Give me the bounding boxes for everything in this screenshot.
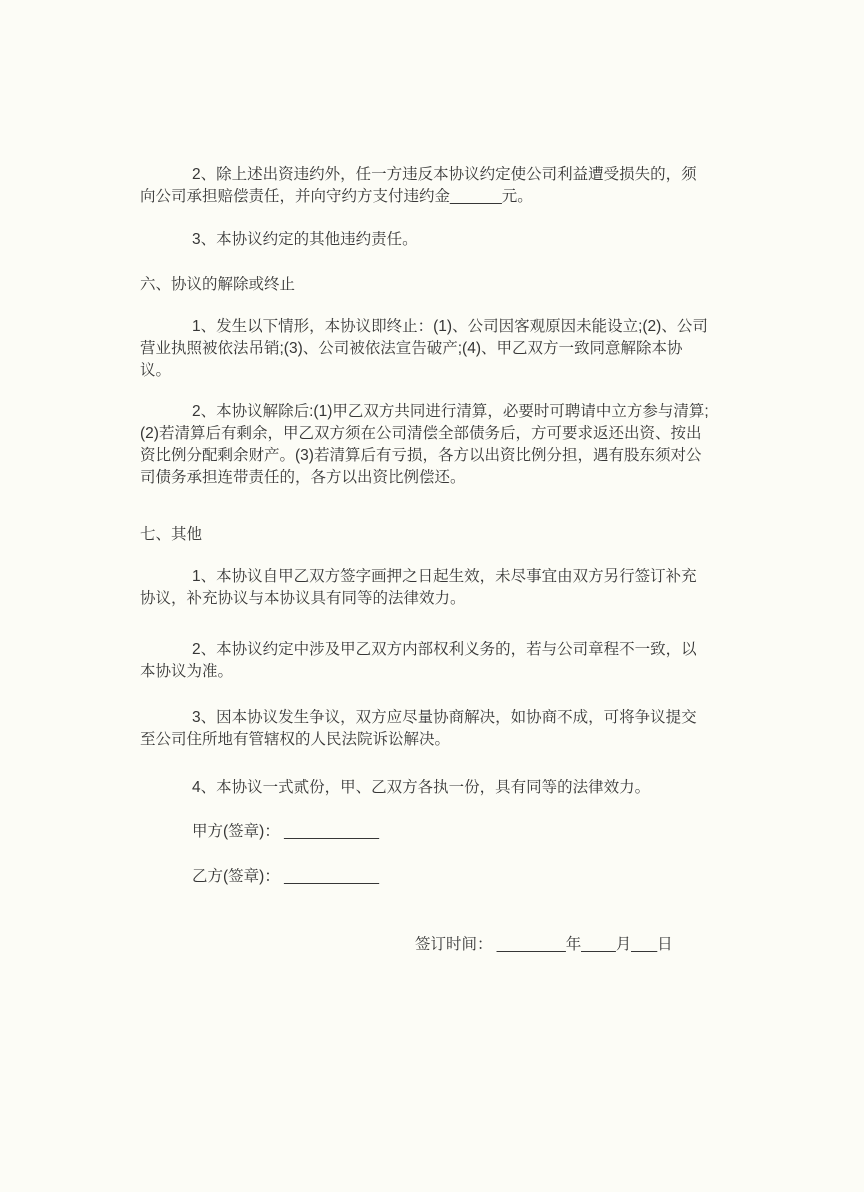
- section-7-clause-1: 1、本协议自甲乙双方签字画押之日起生效，未尽事宜由双方另行签订补充协议，补充协议…: [140, 566, 712, 610]
- breach-clause-3: 3、本协议约定的其他违约责任。: [140, 229, 712, 251]
- section-6-heading: 六、协议的解除或终止: [140, 274, 712, 296]
- contract-document-page: 2、除上述出资违约外，任一方违反本协议约定使公司利益遭受损失的，须向公司承担赔偿…: [0, 0, 864, 1192]
- party-b-signature-line: 乙方(签章)： ___________: [140, 866, 712, 888]
- party-a-signature-line: 甲方(签章)： ___________: [140, 821, 712, 843]
- signing-date-line: 签订时间： ________年____月___日: [415, 934, 712, 956]
- section-7-clause-4: 4、本协议一式贰份，甲、乙双方各执一份，具有同等的法律效力。: [140, 777, 712, 799]
- section-7-clause-2: 2、本协议约定中涉及甲乙双方内部权利义务的，若与公司章程不一致，以本协议为准。: [140, 639, 712, 683]
- breach-clause-2: 2、除上述出资违约外，任一方违反本协议约定使公司利益遭受损失的，须向公司承担赔偿…: [140, 164, 712, 208]
- section-7-clause-3: 3、因本协议发生争议，双方应尽量协商解决，如协商不成，可将争议提交至公司住所地有…: [140, 707, 712, 751]
- section-6-clause-2: 2、本协议解除后:(1)甲乙双方共同进行清算，必要时可聘请中立方参与清算;(2)…: [140, 401, 712, 489]
- section-6-clause-1: 1、发生以下情形，本协议即终止：(1)、公司因客观原因未能设立;(2)、公司营业…: [140, 316, 712, 382]
- section-7-heading: 七、其他: [140, 524, 712, 546]
